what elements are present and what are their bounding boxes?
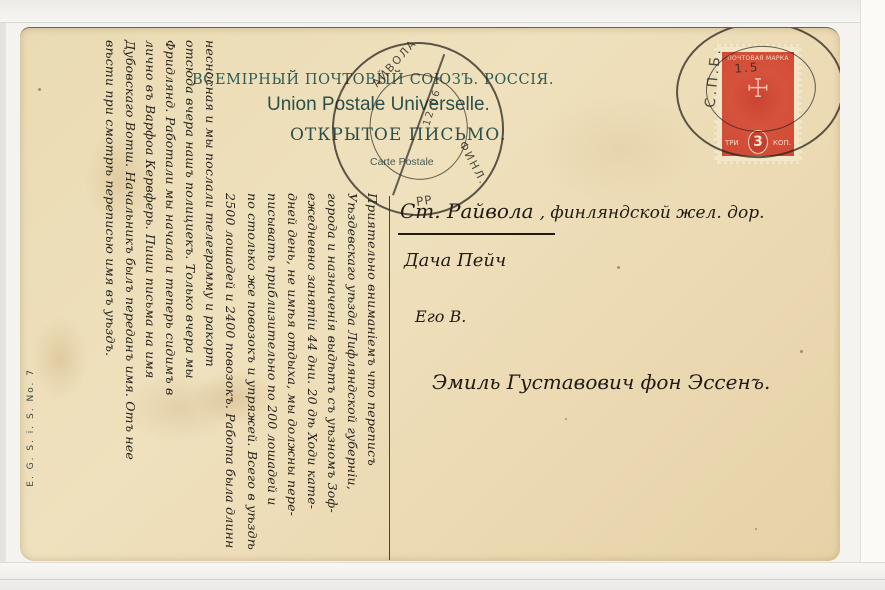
address-railway: , финляндской жел. дор.	[540, 203, 765, 223]
foxing-spot	[755, 528, 757, 530]
message-line: города и назначенія выдѣтъ съ уѣзномъ 3о…	[325, 193, 340, 513]
message-line: Фридлянд. Работали мы начала и теперь си…	[163, 40, 178, 395]
album-mount-top	[0, 0, 885, 23]
postmark-bottom-text: PP	[415, 193, 433, 209]
postmark-side-text: ФИНЛ.	[456, 139, 490, 187]
message-line: дней день, не имѣя отдыха, мы должны пер…	[285, 193, 300, 516]
album-mount-left	[0, 0, 6, 590]
foxing-spot	[38, 88, 41, 91]
address-underline	[398, 233, 555, 235]
message-line: Дубовскаго Вотш. Начальникъ былъ передан…	[123, 40, 138, 460]
address-line-recipient: Эмиль Густавович фон Эссенъ.	[432, 370, 770, 394]
message-line: отсюда вчера нашъ полициекъ. Только вчер…	[183, 40, 198, 379]
publisher-mark: E. G. S. i. S. No. 7	[26, 368, 36, 487]
message-line: 2500 лошадей и 2400 повозокъ. Работа был…	[223, 193, 238, 548]
postcard: ВСЕМІРНЫЙ ПОЧТОВЫЙ СОЮЗЪ. РОССІЯ. Union …	[20, 27, 840, 561]
message-line: писывать приблизительно по 200 лошадей и	[265, 193, 280, 506]
message-line: Приятельно вниманіемъ что переписъ	[365, 193, 380, 466]
message-line: Уѣздевскаго уѣзда Лифляндской губерніи,	[345, 193, 360, 490]
address-divider-line	[389, 196, 390, 560]
foxing-spot	[800, 350, 803, 353]
album-mount-bottom	[0, 562, 885, 590]
message-line: лично въ Варфоа Кервферь. Пиши письма на…	[143, 40, 158, 378]
address-line-honorific: Его В.	[415, 307, 466, 326]
album-mount-right	[860, 0, 885, 590]
postmark-spb: С.П.Б. 1.5	[671, 27, 840, 164]
message-line: по столько же повозокъ и упряжей. Всего …	[245, 193, 260, 550]
address-line-dacha: Дача Пейч	[404, 250, 506, 271]
message-line: несносная и мы послали телеграмму и рако…	[203, 40, 218, 367]
foxing-spot	[565, 418, 567, 420]
message-line: вѣсти при смотрѣ переписью имя въ уѣздъ.	[103, 40, 118, 356]
postmark-inner-text: 1.5	[734, 60, 760, 76]
message-line: ежедневно занятіи 44 дни. 20 дѣ Ходи кат…	[305, 193, 320, 509]
foxing-spot	[617, 266, 620, 269]
